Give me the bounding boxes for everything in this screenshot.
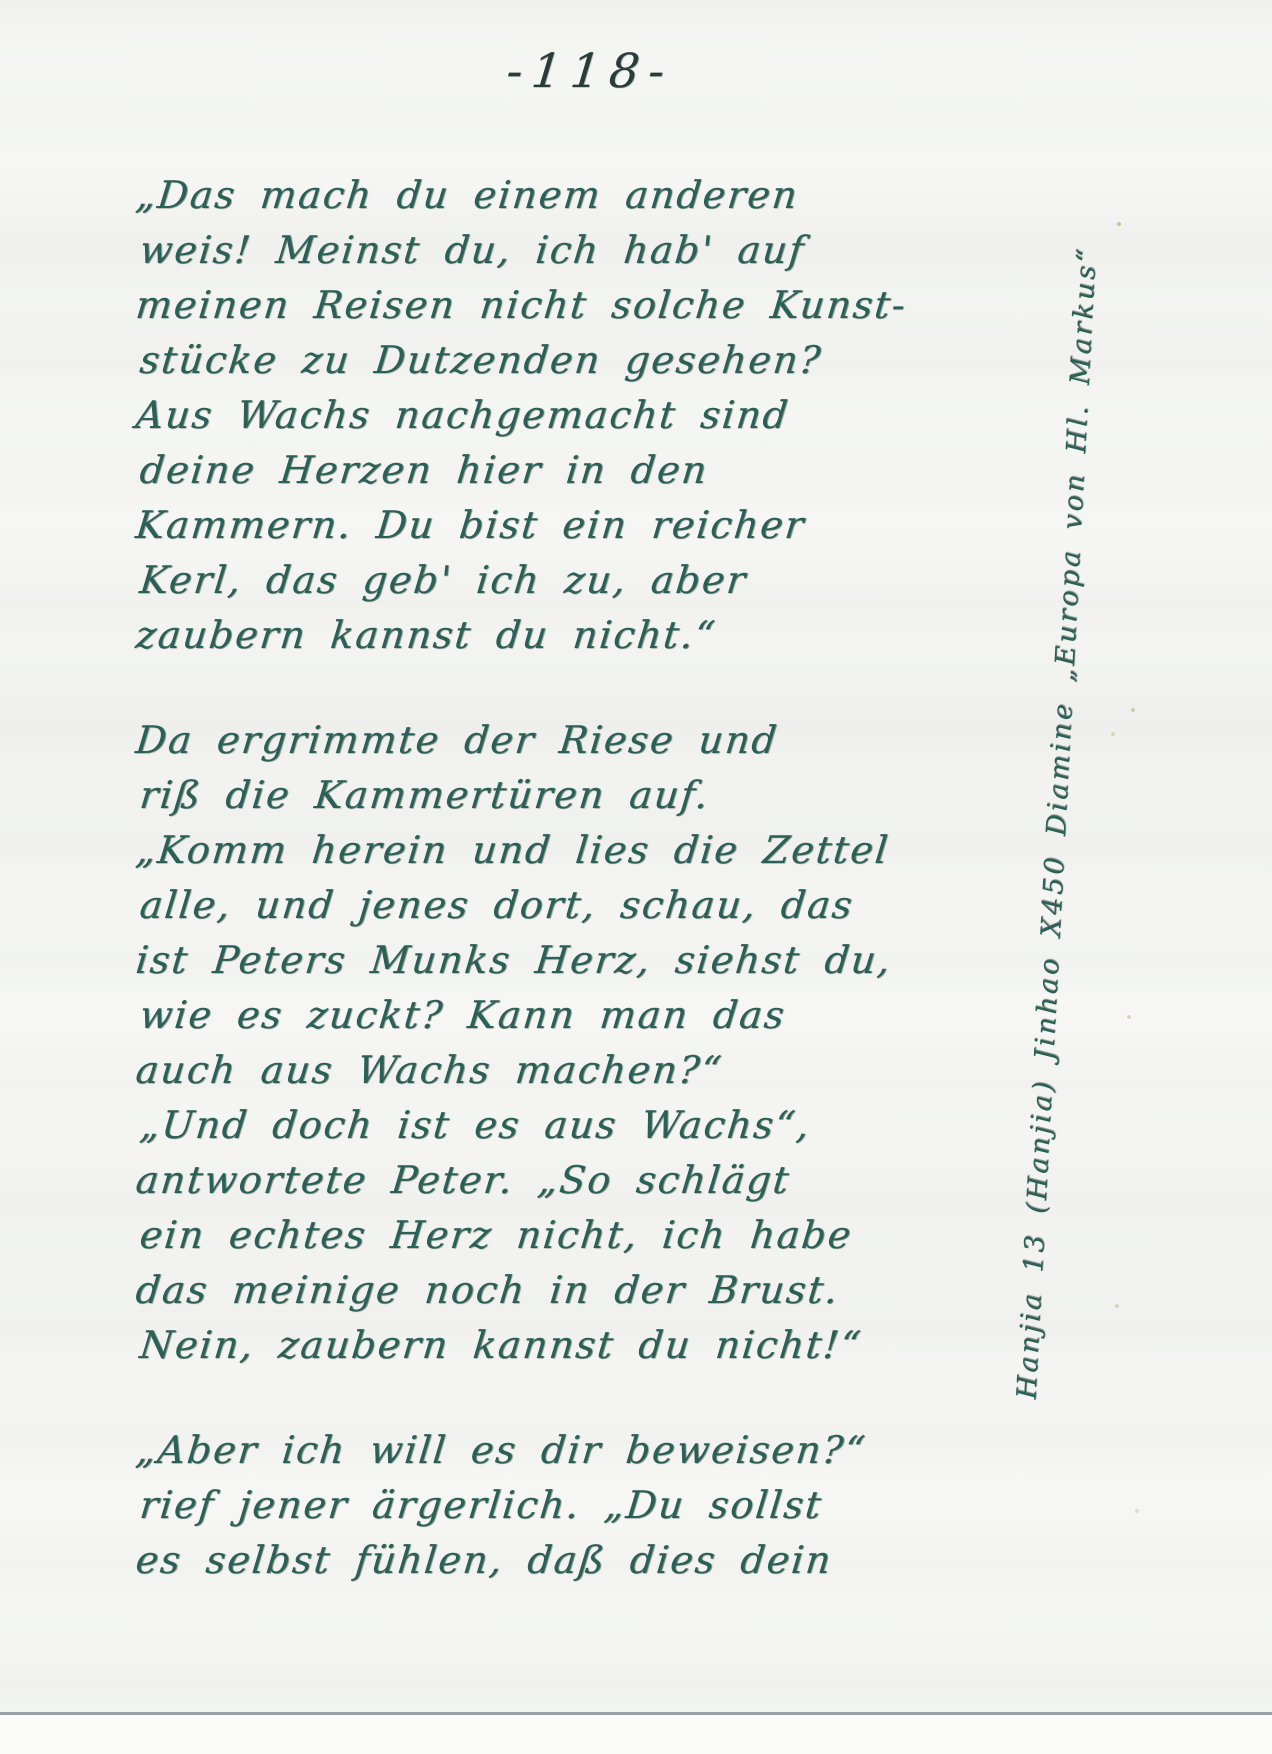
text-line: Aus Wachs nachgemacht sind — [133, 388, 1039, 443]
paper-specks — [1117, 222, 1121, 226]
text-line: ein echtes Herz nicht, ich habe — [137, 1208, 1043, 1263]
text-line: Kammern. Du bist ein reicher — [133, 498, 1039, 553]
text-line: Kerl, das geb' ich zu, aber — [137, 553, 1043, 608]
text-line: das meinige noch in der Brust. — [133, 1263, 1039, 1318]
text-line: ist Peters Munks Herz, siehst du, — [133, 933, 1039, 988]
paragraph: „Aber ich will es dir beweisen?“rief jen… — [136, 1423, 1036, 1588]
text-line: stücke zu Dutzenden gesehen? — [137, 333, 1043, 388]
text-line: Da ergrimmte der Riese und — [133, 713, 1039, 768]
paragraph: „Das mach du einem anderenweis! Meinst d… — [136, 168, 1036, 663]
text-line: „Aber ich will es dir beweisen?“ — [133, 1423, 1039, 1478]
text-line: „Komm herein und lies die Zettel — [133, 823, 1039, 878]
paragraph: Da ergrimmte der Riese undriß die Kammer… — [136, 713, 1036, 1373]
text-line: wie es zuckt? Kann man das — [137, 988, 1043, 1043]
scan-bottom-strip — [0, 1715, 1272, 1754]
text-line: auch aus Wachs machen?“ — [133, 1043, 1039, 1098]
text-line: deine Herzen hier in den — [137, 443, 1043, 498]
text-line: weis! Meinst du, ich hab' auf — [137, 223, 1043, 278]
text-line: meinen Reisen nicht solche Kunst- — [133, 278, 1039, 333]
text-line: rief jener ärgerlich. „Du sollst — [137, 1478, 1043, 1533]
text-line: riß die Kammertüren auf. — [137, 768, 1043, 823]
text-line: „Das mach du einem anderen — [133, 168, 1039, 223]
text-line: es selbst fühlen, daß dies dein — [133, 1533, 1039, 1588]
page-number: -118- — [0, 44, 1229, 99]
text-line: antwortete Peter. „So schlägt — [133, 1153, 1039, 1208]
text-line: „Und doch ist es aus Wachs“, — [137, 1098, 1043, 1153]
manuscript-paper-page: -118- „Das mach du einem anderenweis! Me… — [0, 0, 1272, 1754]
text-line: Nein, zaubern kannst du nicht!“ — [137, 1318, 1043, 1373]
text-line: zaubern kannst du nicht.“ — [133, 608, 1039, 663]
manuscript-text: „Das mach du einem anderenweis! Meinst d… — [136, 168, 1036, 1588]
text-line: alle, und jenes dort, schau, das — [137, 878, 1043, 933]
